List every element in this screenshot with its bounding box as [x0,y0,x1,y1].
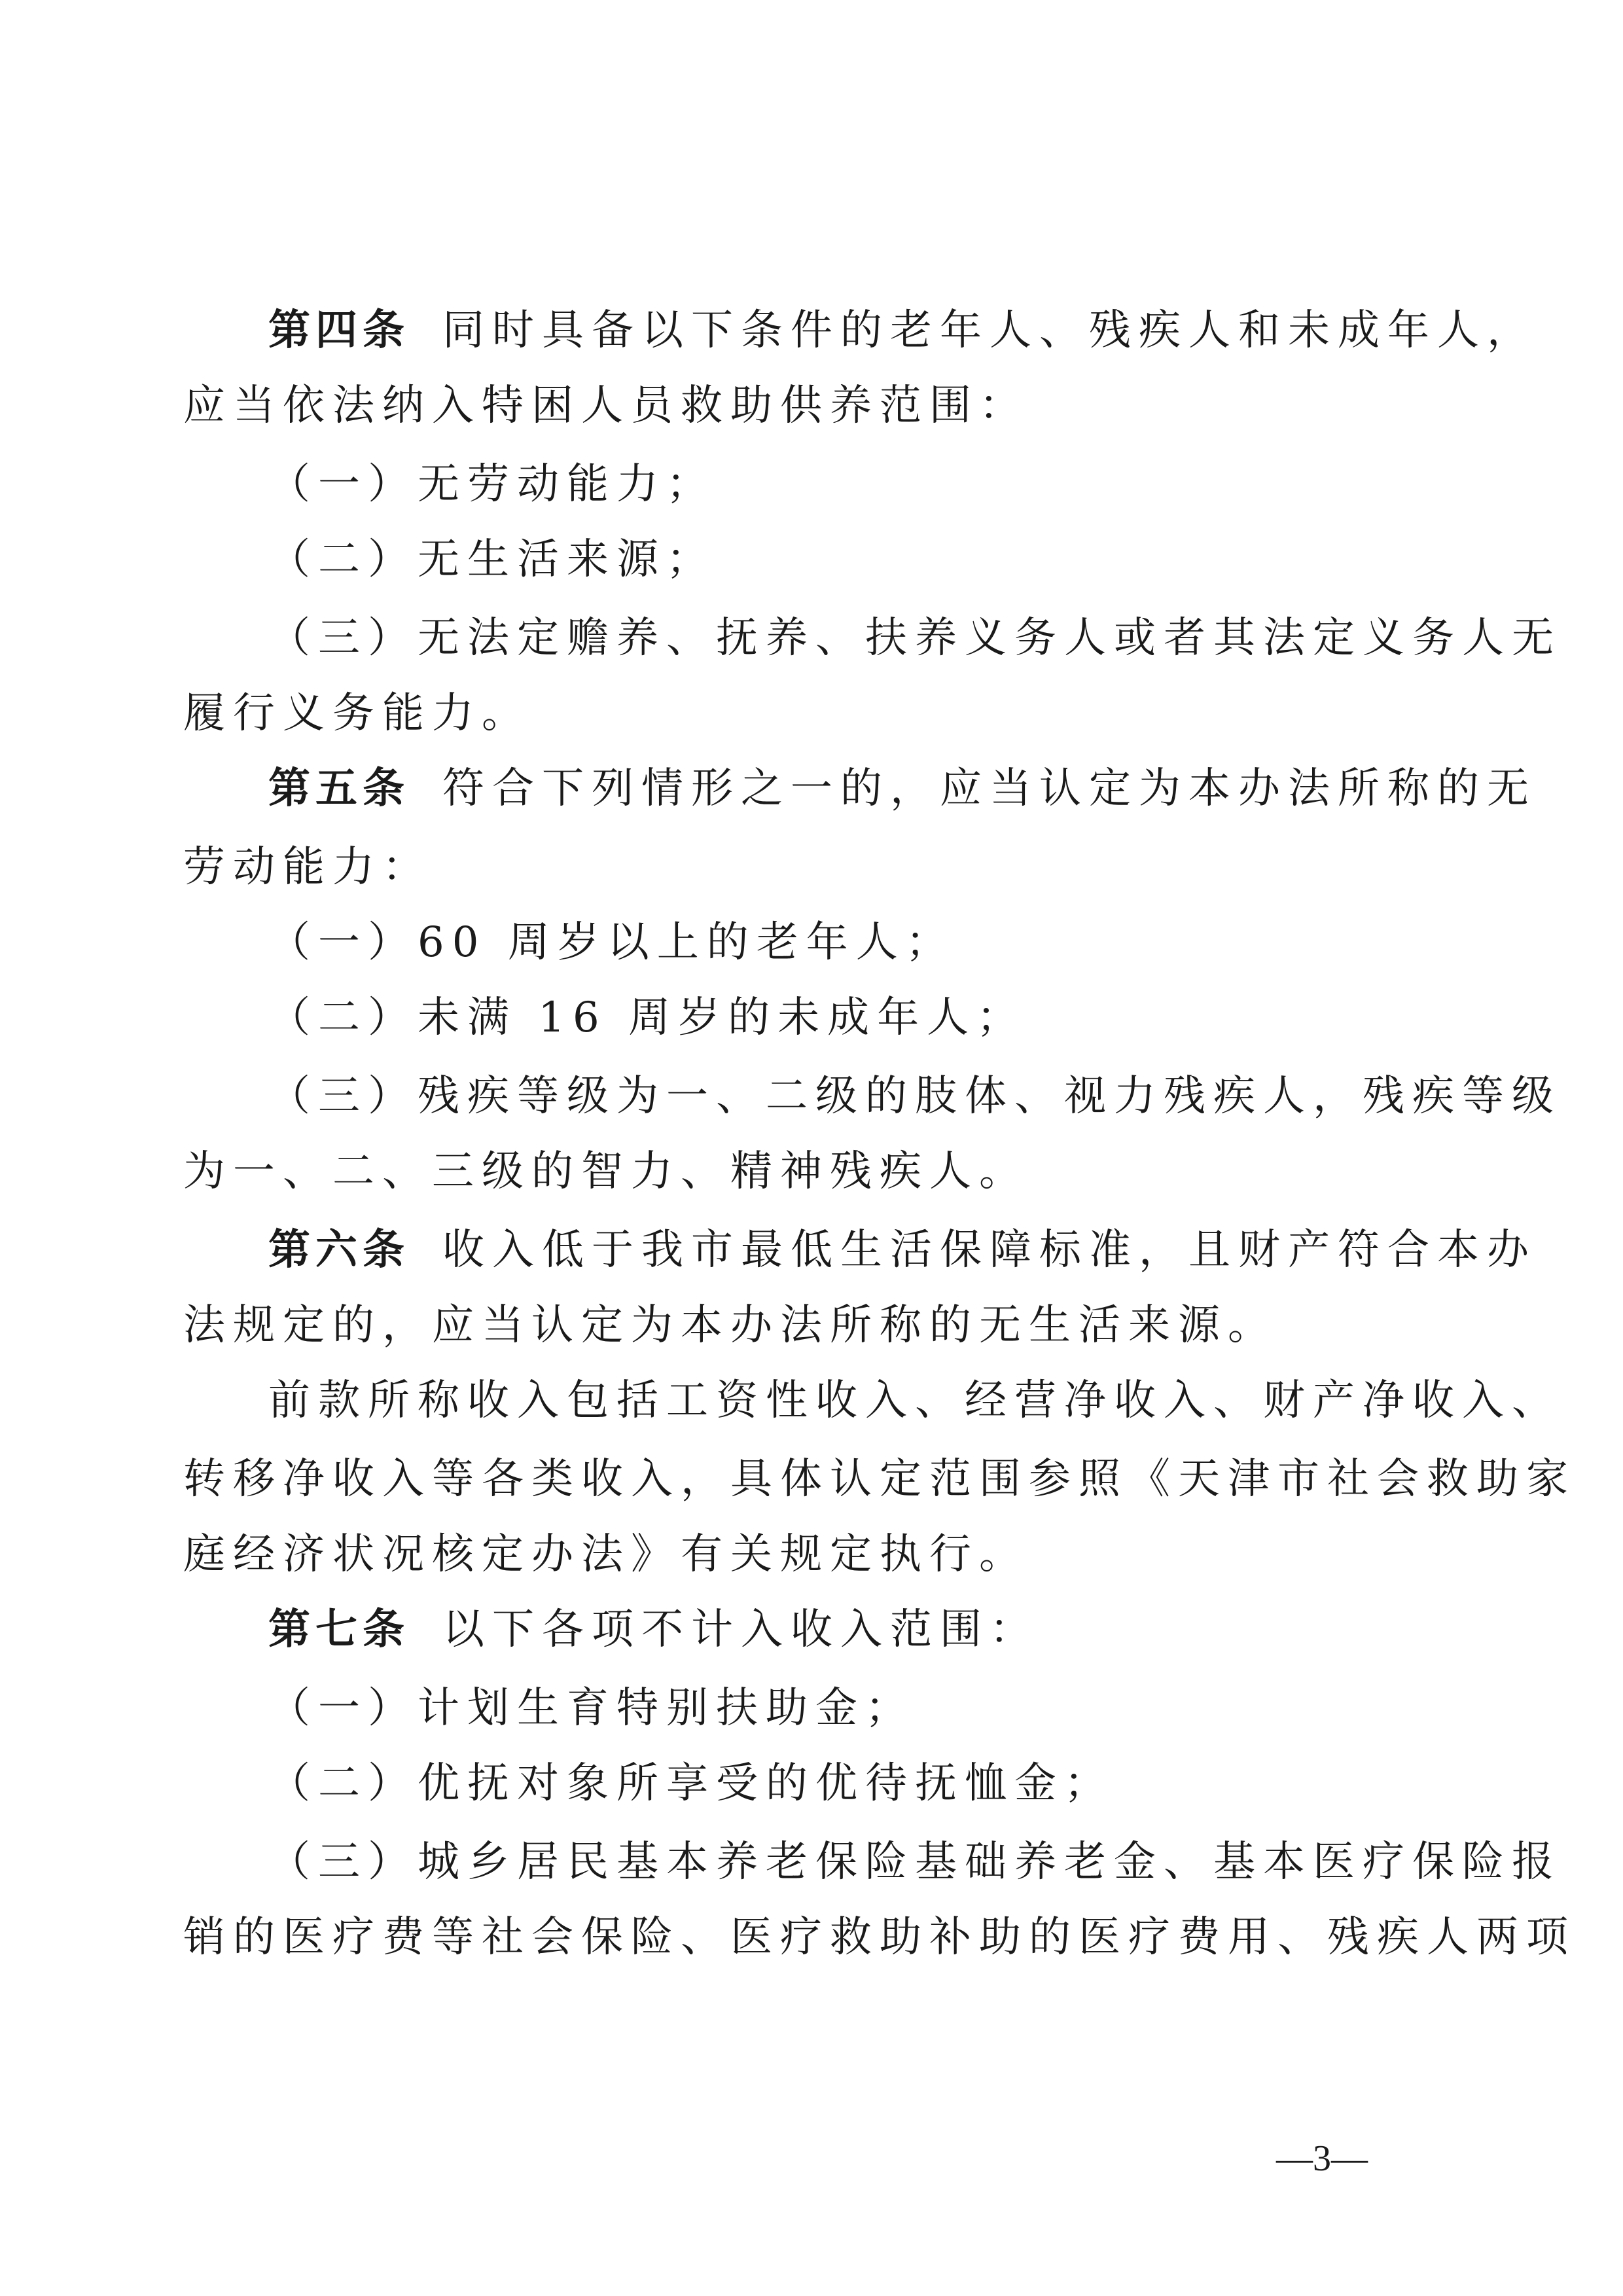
article-4-heading: 第四条 [268,306,410,355]
article-6-heading: 第六条 [268,1226,410,1274]
article-5-item-3-cont: 为一、二、三级的智力、精神残疾人。 [183,1145,1381,1198]
article-6-para-2-line-3: 庭经济状况核定办法》有关规定执行。 [183,1528,1381,1581]
article-6-para-2-line-2: 转移净收入等各类收入，具体认定范围参照《天津市社会救助家 [183,1453,1381,1505]
article-6-line-1: 第六条收入低于我市最低生活保障标准，且财产符合本办 [268,1224,1466,1276]
article-4-item-2: （二）无生活来源； [268,533,1466,586]
article-5-item-2: （二）未满 16 周岁的未成年人； [268,992,1466,1044]
article-5-line-2: 劳动能力： [183,841,1381,893]
article-5-heading: 第五条 [268,764,410,813]
article-5-item-3: （三）残疾等级为一、二级的肢体、视力残疾人，残疾等级 [268,1070,1466,1122]
article-5-line-1: 第五条符合下列情形之一的，应当认定为本办法所称的无 [268,762,1466,815]
article-4-line-1: 第四条同时具备以下条件的老年人、残疾人和未成年人， [268,304,1466,357]
article-7-item-2: （二）优抚对象所享受的优待抚恤金； [268,1757,1466,1810]
page-number: —3— [1257,2132,1387,2185]
article-5-item-1: （一）60 周岁以上的老年人； [268,916,1466,969]
article-7-text-1: 以下各项不计入收入范围： [442,1605,1039,1654]
article-6-para-2-line-1: 前款所称收入包括工资性收入、经营净收入、财产净收入、 [268,1374,1466,1427]
article-4-item-3: （三）无法定赡养、抚养、扶养义务人或者其法定义务人无 [268,612,1466,664]
document-page: 第四条同时具备以下条件的老年人、残疾人和未成年人， 应当依法纳入特困人员救助供养… [0,0,1623,2296]
article-5-text-1: 符合下列情形之一的，应当认定为本办法所称的无 [442,764,1537,813]
article-7-item-1: （一）计划生育特别扶助金； [268,1682,1466,1734]
article-4-item-1: （一）无劳动能力； [268,458,1466,511]
article-7-item-3-cont: 销的医疗费等社会保险、医疗救助补助的医疗费用、残疾人两项 [183,1911,1381,1964]
article-6-text-1: 收入低于我市最低生活保障标准，且财产符合本办 [442,1226,1537,1274]
article-7-heading: 第七条 [268,1605,410,1654]
article-6-line-2: 法规定的，应当认定为本办法所称的无生活来源。 [183,1299,1381,1352]
article-4-item-3-cont: 履行义务能力。 [183,687,1381,740]
article-4-line-2: 应当依法纳入特困人员救助供养范围： [183,380,1381,432]
article-7-line-1: 第七条以下各项不计入收入范围： [268,1604,1466,1656]
article-7-item-3: （三）城乡居民基本养老保险基础养老金、基本医疗保险报 [268,1836,1466,1888]
article-4-text-1: 同时具备以下条件的老年人、残疾人和未成年人， [442,306,1537,355]
